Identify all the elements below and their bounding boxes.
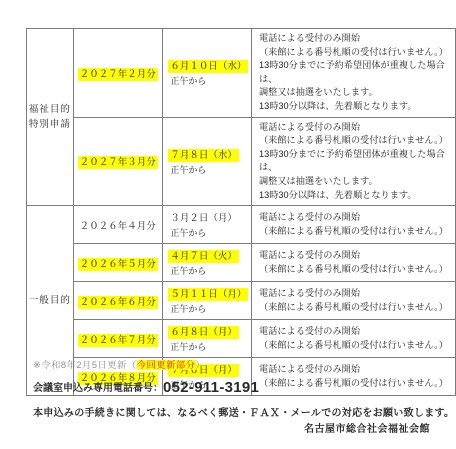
phone-number: 052-911-3191 bbox=[163, 379, 259, 396]
description-cell: 電話による受付のみ開始 （来館による番号札順の受付は行いません。） 13時30分… bbox=[252, 29, 456, 118]
description-line: 調整又は抽選をいたします。 bbox=[259, 86, 451, 100]
organization-name: 名古屋市総合社会福祉会館 bbox=[304, 420, 430, 435]
description-line: 13時30分以降は、先着順となります。 bbox=[259, 189, 451, 203]
description-line: （来館による番号札順の受付は行いません。） bbox=[259, 46, 451, 60]
date-sub-label: 正午から bbox=[168, 302, 250, 315]
table-row: ２０２７年３月分 ７月８日（水） 正午から 電話による受付のみ開始 （来館による… bbox=[27, 117, 456, 206]
description-line: （来館による番号札順の受付は行いません。） bbox=[259, 134, 451, 148]
table-row: ２０２６年７月分 ６月８日（月） 正午から 電話による受付のみ開始 （来館による… bbox=[27, 320, 456, 358]
description-line: 電話による受付のみ開始 bbox=[259, 121, 451, 135]
date-label: ６月８日（月） bbox=[168, 326, 239, 339]
description-line: （来館による番号札順の受付は行いません。） bbox=[259, 263, 451, 277]
month-label: ２０２６年７月分 bbox=[78, 334, 158, 347]
date-cell: ４月７日（火） 正午から bbox=[163, 244, 252, 282]
date-label: ６月１０日（水） bbox=[168, 60, 248, 73]
phone-line: 会議室申込み専用電話番号：052-911-3191 bbox=[33, 379, 259, 396]
description-line: 13時30分以降は、先着順となります。 bbox=[259, 100, 451, 114]
update-footnote: ※令和8年2月5日更新（今回更新部分） bbox=[33, 357, 205, 371]
description-line: 13時30分までに予約希望団体が重複した場合は、 bbox=[259, 59, 451, 86]
description-cell: 電話による受付のみ開始 （来館による番号札順の受付は行いません。） bbox=[252, 320, 456, 358]
table-row: ２０２６年６月分 ５月１１日（月） 正午から 電話による受付のみ開始 （来館によ… bbox=[27, 282, 456, 320]
procedure-notice: 本申込みの手続きに関しては、なるべく郵送・ＦＡＸ・メールでの対応をお願い致します… bbox=[33, 404, 454, 419]
date-sub-label: 正午から bbox=[168, 226, 250, 239]
date-cell: ７月８日（水） 正午から bbox=[163, 117, 252, 206]
month-cell: ２０２６年６月分 bbox=[73, 282, 163, 320]
date-cell: ６月８日（月） 正午から bbox=[163, 320, 252, 358]
date-sub-label: 正午から bbox=[168, 264, 250, 277]
date-label: ４月７日（火） bbox=[168, 250, 239, 263]
date-cell: ３月２日（月） 正午から bbox=[163, 206, 252, 244]
month-label: ２０２６年６月分 bbox=[78, 296, 158, 309]
description-line: 電話による受付のみ開始 bbox=[259, 325, 451, 339]
table-row: 福祉目的 特別申請 ２０２７年２月分 ６月１０日（水） 正午から 電話による受付… bbox=[27, 29, 456, 118]
month-cell: ２０２７年３月分 bbox=[73, 117, 163, 206]
date-sub-label: 正午から bbox=[168, 340, 250, 353]
month-cell: ２０２７年２月分 bbox=[73, 29, 163, 118]
month-cell: ２０２６年５月分 bbox=[73, 244, 163, 282]
date-label: ５月１１日（月） bbox=[168, 288, 248, 301]
table-row: ２０２６年５月分 ４月７日（火） 正午から 電話による受付のみ開始 （来館による… bbox=[27, 244, 456, 282]
category-cell-welfare: 福祉目的 特別申請 bbox=[27, 29, 74, 206]
description-line: 電話による受付のみ開始 bbox=[259, 363, 451, 377]
description-line: 電話による受付のみ開始 bbox=[259, 249, 451, 263]
month-label: ２０２７年２月分 bbox=[78, 68, 158, 81]
description-cell: 電話による受付のみ開始 （来館による番号札順の受付は行いません。） bbox=[252, 206, 456, 244]
table-row: 一般目的 ２０２６年４月分 ３月２日（月） 正午から 電話による受付のみ開始 （… bbox=[27, 206, 456, 244]
document-page: 福祉目的 特別申請 ２０２７年２月分 ６月１０日（水） 正午から 電話による受付… bbox=[0, 0, 456, 449]
description-cell: 電話による受付のみ開始 （来館による番号札順の受付は行いません。） bbox=[252, 358, 456, 396]
footnote-update-highlight: 今回更新部分 bbox=[137, 360, 196, 370]
description-line: （来館による番号札順の受付は行いません。） bbox=[259, 301, 451, 315]
month-label: ２０２６年５月分 bbox=[78, 258, 158, 271]
date-cell: ５月１１日（月） 正午から bbox=[163, 282, 252, 320]
description-line: （来館による番号札順の受付は行いません。） bbox=[259, 225, 451, 239]
month-label: ２０２７年３月分 bbox=[78, 156, 158, 169]
date-label: ３月２日（月） bbox=[168, 212, 239, 225]
date-cell: ６月１０日（水） 正午から bbox=[163, 29, 252, 118]
month-label: ２０２６年４月分 bbox=[78, 220, 158, 233]
month-cell: ２０２６年４月分 bbox=[73, 206, 163, 244]
footnote-date-text: ※令和8年2月5日更新 bbox=[33, 360, 127, 370]
reservation-schedule-table: 福祉目的 特別申請 ２０２７年２月分 ６月１０日（水） 正午から 電話による受付… bbox=[26, 28, 456, 396]
description-cell: 電話による受付のみ開始 （来館による番号札順の受付は行いません。） bbox=[252, 282, 456, 320]
description-line: （来館による番号札順の受付は行いません。） bbox=[259, 339, 451, 353]
category-label-line: 特別申請 bbox=[28, 117, 72, 132]
description-line: （来館による番号札順の受付は行いません。） bbox=[259, 377, 451, 391]
date-sub-label: 正午から bbox=[168, 74, 250, 87]
description-line: 調整又は抽選をいたします。 bbox=[259, 175, 451, 189]
description-line: 電話による受付のみ開始 bbox=[259, 211, 451, 225]
month-cell: ２０２６年７月分 bbox=[73, 320, 163, 358]
description-line: 電話による受付のみ開始 bbox=[259, 32, 451, 46]
description-cell: 電話による受付のみ開始 （来館による番号札順の受付は行いません。） bbox=[252, 244, 456, 282]
date-label: ７月８日（水） bbox=[168, 149, 239, 162]
description-line: 13時30分までに予約希望団体が重複した場合は、 bbox=[259, 148, 451, 175]
date-sub-label: 正午から bbox=[168, 163, 250, 176]
phone-label: 会議室申込み専用電話番号： bbox=[33, 383, 163, 394]
description-line: 電話による受付のみ開始 bbox=[259, 287, 451, 301]
description-cell: 電話による受付のみ開始 （来館による番号札順の受付は行いません。） 13時30分… bbox=[252, 117, 456, 206]
category-label-line: 福祉目的 bbox=[28, 102, 72, 117]
category-label-line: 一般目的 bbox=[28, 293, 72, 308]
